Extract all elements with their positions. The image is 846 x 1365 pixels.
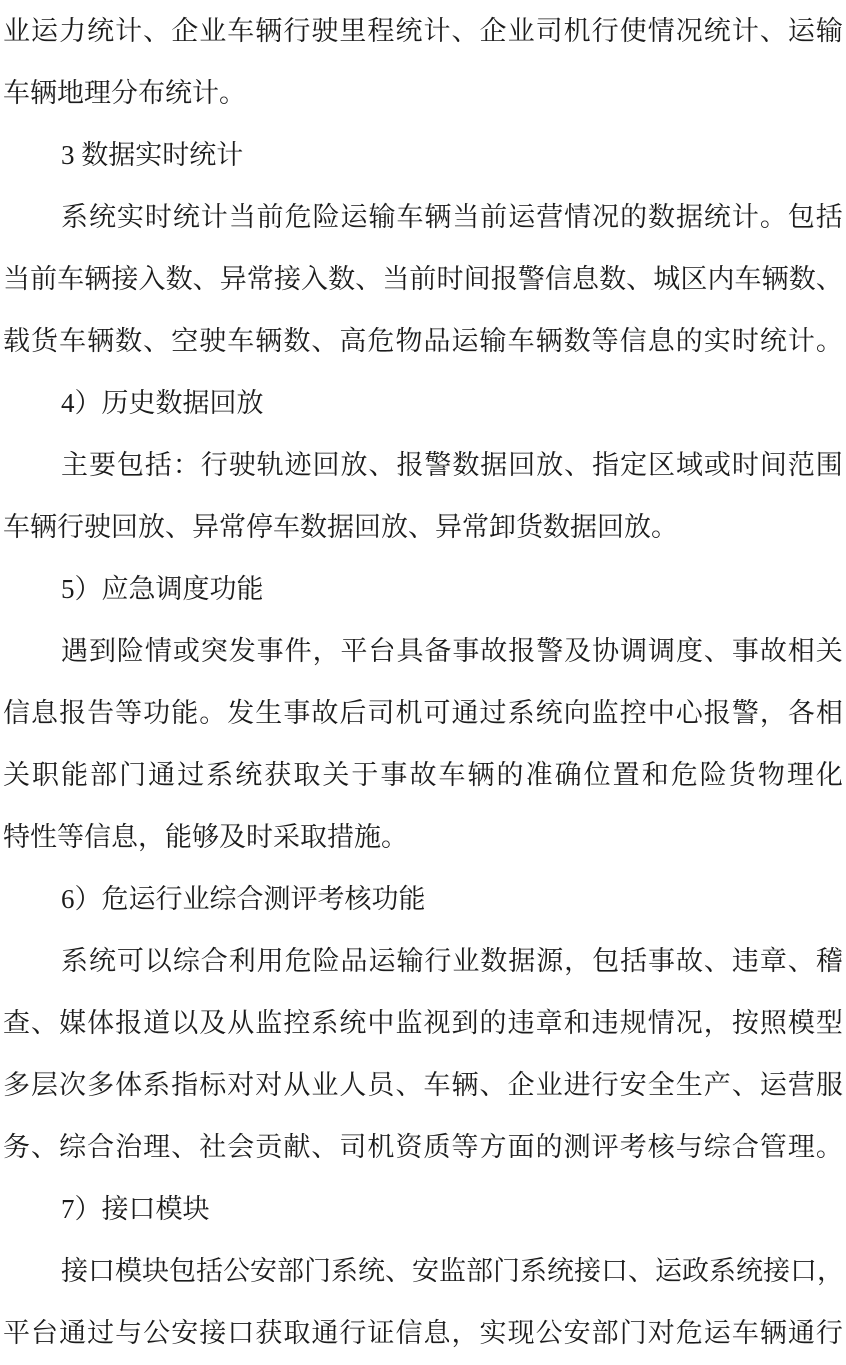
text-line: 多层次多体系指标对对从业人员、车辆、企业进行安全生产、运营服 (3, 1054, 843, 1116)
text-line: 4）历史数据回放 (3, 372, 843, 434)
text-line: 务、综合治理、社会贡献、司机资质等方面的测评考核与综合管理。 (3, 1116, 843, 1178)
text-line: 3 数据实时统计 (3, 124, 843, 186)
text-line: 平台通过与公安接口获取通行证信息，实现公安部门对危运车辆通行 (3, 1302, 843, 1364)
text-line: 接口模块包括公安部门系统、安监部门系统接口、运政系统接口， (3, 1240, 843, 1302)
text-line: 信息报告等功能。发生事故后司机可通过系统向监控中心报警，各相 (3, 682, 843, 744)
text-line: 关职能部门通过系统获取关于事故车辆的准确位置和危险货物理化 (3, 744, 843, 806)
text-line: 车辆地理分布统计。 (3, 62, 843, 124)
text-line: 特性等信息，能够及时采取措施。 (3, 806, 843, 868)
text-line: 主要包括：行驶轨迹回放、报警数据回放、指定区域或时间范围 (3, 434, 843, 496)
document-page: 业运力统计、企业车辆行驶里程统计、企业司机行使情况统计、运输车辆地理分布统计。3… (0, 0, 846, 1365)
text-line: 业运力统计、企业车辆行驶里程统计、企业司机行使情况统计、运输 (3, 0, 843, 62)
text-line: 7）接口模块 (3, 1178, 843, 1240)
text-line: 系统可以综合利用危险品运输行业数据源，包括事故、违章、稽 (3, 930, 843, 992)
text-line: 当前车辆接入数、异常接入数、当前时间报警信息数、城区内车辆数、 (3, 248, 843, 310)
text-line: 5）应急调度功能 (3, 558, 843, 620)
text-line: 查、媒体报道以及从监控系统中监视到的违章和违规情况，按照模型 (3, 992, 843, 1054)
text-line: 车辆行驶回放、异常停车数据回放、异常卸货数据回放。 (3, 496, 843, 558)
text-line: 6）危运行业综合测评考核功能 (3, 868, 843, 930)
text-line: 载货车辆数、空驶车辆数、高危物品运输车辆数等信息的实时统计。 (3, 310, 843, 372)
text-line: 遇到险情或突发事件，平台具备事故报警及协调调度、事故相关 (3, 620, 843, 682)
text-line: 系统实时统计当前危险运输车辆当前运营情况的数据统计。包括 (3, 186, 843, 248)
